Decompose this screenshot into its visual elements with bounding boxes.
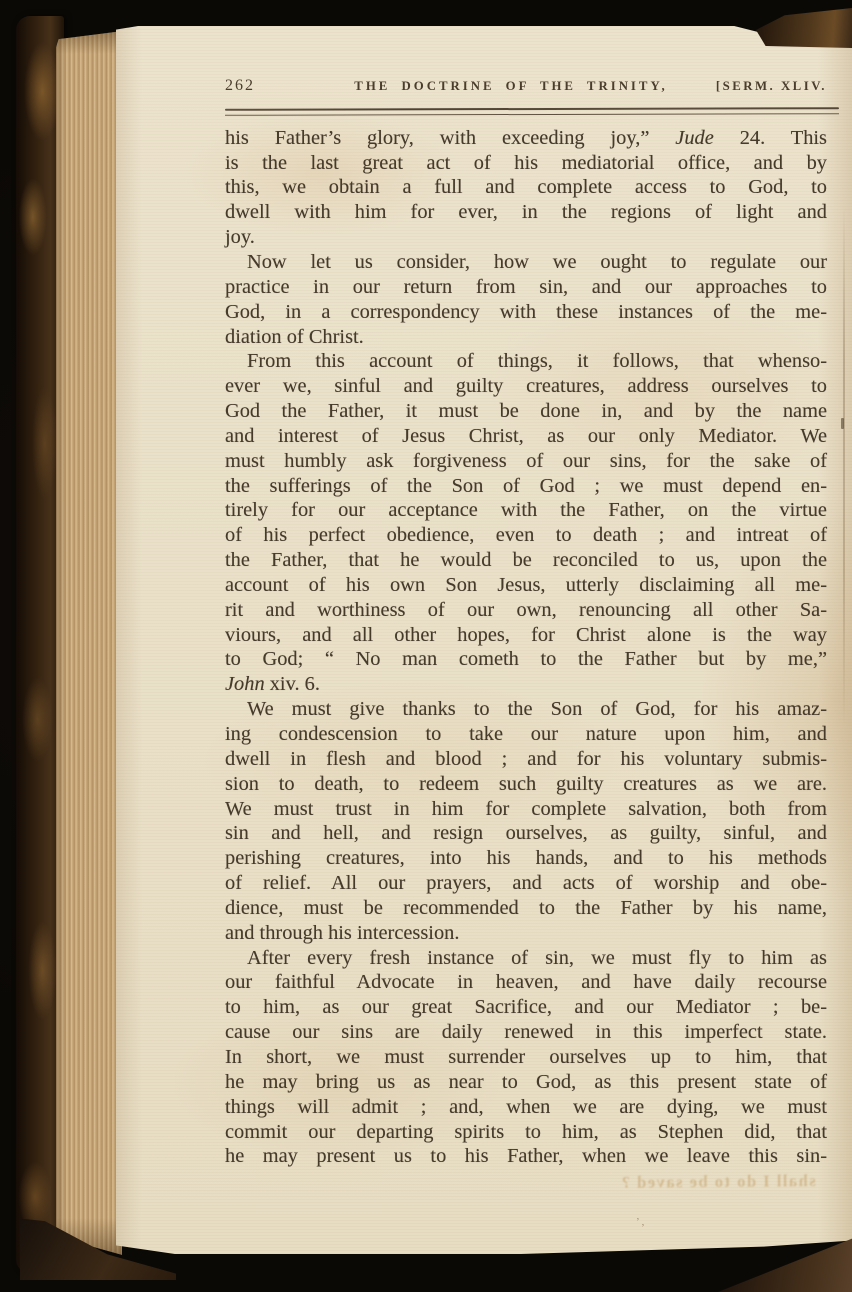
text-run: viours, and all other hopes, for Christ … — [225, 624, 827, 646]
text-run: he may bring us as near to God, as this … — [225, 1071, 827, 1093]
text-run: practice in our return from sin, and our… — [225, 276, 827, 298]
text-run: to him, as our great Sacrifice, and our … — [225, 996, 827, 1018]
header-rule-thick — [225, 107, 839, 111]
text-run: things will admit ; and, when we are dyi… — [225, 1096, 827, 1118]
text-run: In short, we must surrender ourselves up… — [225, 1046, 827, 1068]
text-run: this, we obtain a full and complete acce… — [225, 176, 827, 198]
text-line: cause our sins are daily renewed in this… — [225, 1020, 827, 1045]
sermon-number-label: [SERM. XLIV. — [707, 79, 827, 94]
text-line: perishing creatures, into his hands, and… — [225, 846, 827, 871]
text-line: tirely for our acceptance with the Fathe… — [225, 498, 827, 523]
text-run: dwell in flesh and blood ; and for his v… — [225, 748, 827, 770]
text-line: is the last great act of his mediatorial… — [225, 151, 827, 176]
text-line: ever we, sinful and guilty creatures, ad… — [225, 374, 827, 399]
text-run: dwell with him for ever, in the regions … — [225, 201, 827, 223]
page-number: 262 — [225, 77, 315, 95]
text-line: Now let us consider, how we ought to reg… — [225, 250, 827, 275]
text-run: After every fresh instance of sin, we mu… — [247, 947, 827, 969]
text-line: John xiv. 6. — [225, 672, 827, 697]
text-line: and through his intercession. — [225, 921, 827, 946]
italic-text-run: John — [225, 673, 265, 695]
text-run: sion to death, to redeem such guilty cre… — [225, 773, 827, 795]
text-line: practice in our return from sin, and our… — [225, 275, 827, 300]
book-page: 262 THE DOCTRINE OF THE TRINITY, [SERM. … — [116, 26, 852, 1254]
text-line: and interest of Jesus Christ, as our onl… — [225, 424, 827, 449]
text-run: his Father’s glory, with exceeding joy,” — [225, 127, 675, 149]
verso-bleedthrough-text: shall I do to be saved ? — [568, 1171, 852, 1194]
text-line: account of his own Son Jesus, utterly di… — [225, 573, 827, 598]
text-run: cause our sins are daily renewed in this… — [225, 1021, 827, 1043]
text-run: he may present us to his Father, when we… — [225, 1145, 827, 1167]
text-run: the sufferings of the Son of God ; we mu… — [225, 475, 827, 497]
text-run: and through his intercession. — [225, 922, 459, 944]
text-run: joy. — [225, 226, 255, 248]
text-line: commit our departing spirits to him, as … — [225, 1120, 827, 1145]
edge-mark — [841, 418, 844, 429]
text-run: and interest of Jesus Christ, as our onl… — [225, 425, 827, 447]
text-run: tirely for our acceptance with the Fathe… — [225, 499, 827, 521]
text-line: joy. — [225, 225, 827, 250]
body-text: his Father’s glory, with exceeding joy,”… — [225, 126, 827, 1169]
text-run: must humbly ask forgiveness of our sins,… — [225, 450, 827, 472]
text-line: to him, as our great Sacrifice, and our … — [225, 995, 827, 1020]
ink-speck: ’ , — [636, 1216, 650, 1224]
text-line: this, we obtain a full and complete acce… — [225, 175, 827, 200]
text-run: to God; “ No man cometh to the Father bu… — [225, 648, 827, 670]
text-run: From this account of things, it follows,… — [247, 350, 827, 372]
text-line: ing condescension to take our nature upo… — [225, 722, 827, 747]
italic-text-run: Jude — [675, 127, 714, 149]
text-run: God the Father, it must be done in, and … — [225, 400, 827, 422]
text-run: sin and hell, and resign ourselves, as g… — [225, 822, 827, 844]
printed-area: 262 THE DOCTRINE OF THE TRINITY, [SERM. … — [225, 72, 827, 1169]
paper-crease — [843, 206, 845, 726]
text-line: he may bring us as near to God, as this … — [225, 1070, 827, 1095]
text-line: dience, must be recommended to the Fathe… — [225, 896, 827, 921]
text-line: the sufferings of the Son of God ; we mu… — [225, 474, 827, 499]
text-line: dwell with him for ever, in the regions … — [225, 200, 827, 225]
text-line: sin and hell, and resign ourselves, as g… — [225, 821, 827, 846]
text-run: the Father, that he would be reconciled … — [225, 549, 827, 571]
text-line: viours, and all other hopes, for Christ … — [225, 623, 827, 648]
text-line: of his perfect obedience, even to death … — [225, 523, 827, 548]
text-run: is the last great act of his mediatorial… — [225, 152, 827, 174]
text-line: In short, we must surrender ourselves up… — [225, 1045, 827, 1070]
header-rule — [225, 107, 839, 115]
text-line: things will admit ; and, when we are dyi… — [225, 1095, 827, 1120]
text-line: the Father, that he would be reconciled … — [225, 548, 827, 573]
text-line: God the Father, it must be done in, and … — [225, 399, 827, 424]
text-line: sion to death, to redeem such guilty cre… — [225, 772, 827, 797]
text-run: our faithful Advocate in heaven, and hav… — [225, 971, 827, 993]
scanned-book-photo: 262 THE DOCTRINE OF THE TRINITY, [SERM. … — [0, 0, 852, 1292]
header-rule-thin — [225, 113, 839, 116]
running-title: THE DOCTRINE OF THE TRINITY, — [315, 79, 707, 94]
text-run: Now let us consider, how we ought to reg… — [247, 251, 827, 273]
text-run: diation of Christ. — [225, 326, 364, 348]
text-line: his Father’s glory, with exceeding joy,”… — [225, 126, 827, 151]
text-line: our faithful Advocate in heaven, and hav… — [225, 970, 827, 995]
text-run: commit our departing spirits to him, as … — [225, 1121, 827, 1143]
text-run: account of his own Son Jesus, utterly di… — [225, 574, 827, 596]
text-line: to God; “ No man cometh to the Father bu… — [225, 647, 827, 672]
text-run: xiv. 6. — [265, 673, 320, 695]
adjacent-cover-corner-top-right — [756, 8, 852, 48]
text-run: 24. This — [714, 127, 827, 149]
text-line: dwell in flesh and blood ; and for his v… — [225, 747, 827, 772]
running-header: 262 THE DOCTRINE OF THE TRINITY, [SERM. … — [225, 72, 827, 101]
text-run: God, in a correspondency with these inst… — [225, 301, 827, 323]
text-line: From this account of things, it follows,… — [225, 349, 827, 374]
text-run: of relief. All our prayers, and acts of … — [225, 872, 827, 894]
text-run: of his perfect obedience, even to death … — [225, 524, 827, 546]
text-line: he may present us to his Father, when we… — [225, 1144, 827, 1169]
text-line: diation of Christ. — [225, 325, 827, 350]
text-line: We must give thanks to the Son of God, f… — [225, 697, 827, 722]
text-run: ing condescension to take our nature upo… — [225, 723, 827, 745]
text-run: We must trust in him for complete salvat… — [225, 798, 827, 820]
text-line: rit and worthiness of our own, renouncin… — [225, 598, 827, 623]
text-run: dience, must be recommended to the Fathe… — [225, 897, 827, 919]
text-line: of relief. All our prayers, and acts of … — [225, 871, 827, 896]
text-run: perishing creatures, into his hands, and… — [225, 847, 827, 869]
text-line: God, in a correspondency with these inst… — [225, 300, 827, 325]
text-run: ever we, sinful and guilty creatures, ad… — [225, 375, 827, 397]
text-line: After every fresh instance of sin, we mu… — [225, 946, 827, 971]
text-line: must humbly ask forgiveness of our sins,… — [225, 449, 827, 474]
text-line: We must trust in him for complete salvat… — [225, 797, 827, 822]
text-run: We must give thanks to the Son of God, f… — [247, 698, 827, 720]
page-edge-stack — [56, 28, 122, 1258]
text-run: rit and worthiness of our own, renouncin… — [225, 599, 827, 621]
